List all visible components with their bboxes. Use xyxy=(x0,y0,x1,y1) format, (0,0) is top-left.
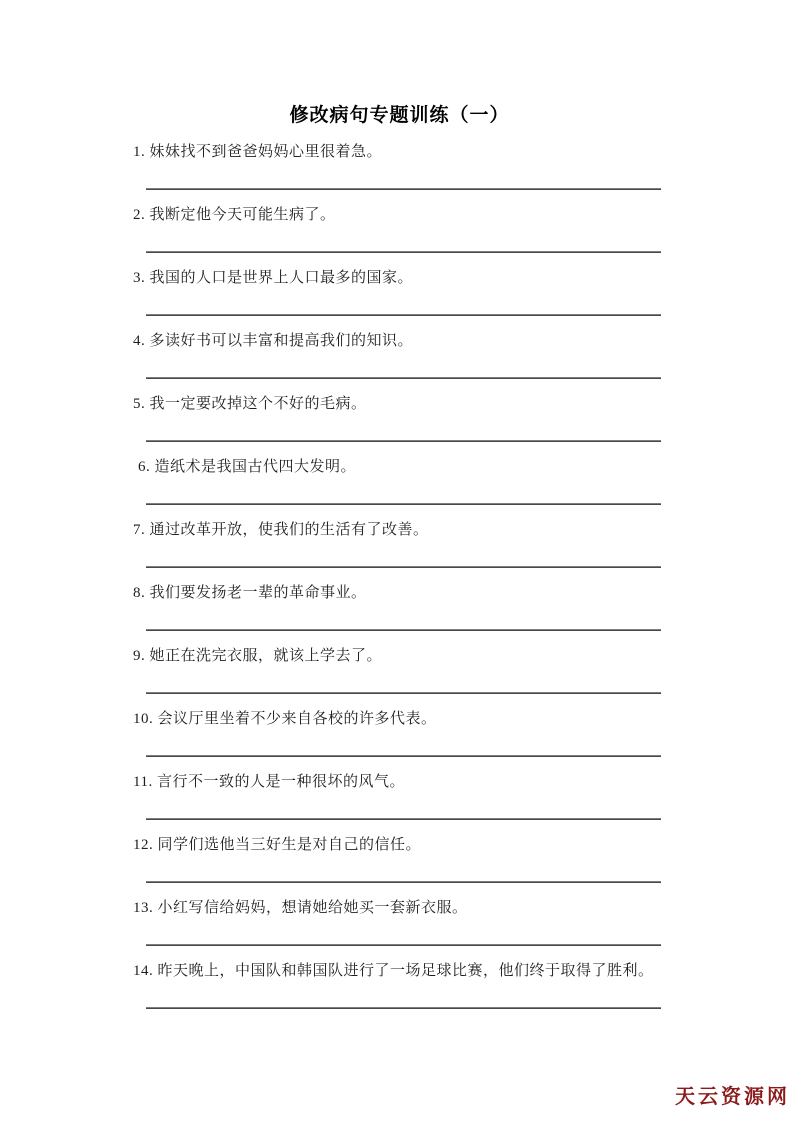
answer-line xyxy=(146,692,661,694)
sentence-text: 10. 会议厅里坐着不少来自各校的许多代表。 xyxy=(133,709,666,729)
sentence-text: 8. 我们要发扬老一辈的革命事业。 xyxy=(133,583,666,603)
exercise-item: 10. 会议厅里坐着不少来自各校的许多代表。 xyxy=(133,709,666,772)
answer-line xyxy=(146,377,661,379)
watermark: 天云资源网 xyxy=(675,1080,790,1109)
sentence-text: 7. 通过改革开放，使我们的生活有了改善。 xyxy=(133,520,666,540)
answer-line xyxy=(146,944,661,946)
exercise-item: 11. 言行不一致的人是一种很坏的风气。 xyxy=(133,772,666,835)
exercise-item: 12. 同学们选他当三好生是对自己的信任。 xyxy=(133,835,666,898)
sentence-text: 14. 昨天晚上，中国队和韩国队进行了一场足球比赛，他们终于取得了胜利。 xyxy=(133,961,666,981)
answer-line xyxy=(146,314,661,316)
exercise-item: 3. 我国的人口是世界上人口最多的国家。 xyxy=(133,268,666,331)
exercise-item: 2. 我断定他今天可能生病了。 xyxy=(133,205,666,268)
exercise-item: 4. 多读好书可以丰富和提高我们的知识。 xyxy=(133,331,666,394)
exercise-item: 6. 造纸术是我国古代四大发明。 xyxy=(133,457,666,520)
sentence-text: 2. 我断定他今天可能生病了。 xyxy=(133,205,666,225)
exercise-item: 13. 小红写信给妈妈，想请她给她买一套新衣服。 xyxy=(133,898,666,961)
exercise-item: 14. 昨天晚上，中国队和韩国队进行了一场足球比赛，他们终于取得了胜利。 xyxy=(133,961,666,1024)
answer-line xyxy=(146,818,661,820)
exercise-item: 8. 我们要发扬老一辈的革命事业。 xyxy=(133,583,666,646)
sentence-text: 12. 同学们选他当三好生是对自己的信任。 xyxy=(133,835,666,855)
answer-line xyxy=(146,251,661,253)
exercise-item: 5. 我一定要改掉这个不好的毛病。 xyxy=(133,394,666,457)
answer-line xyxy=(146,1007,661,1009)
answer-line xyxy=(146,188,661,190)
sentence-text: 11. 言行不一致的人是一种很坏的风气。 xyxy=(133,772,666,792)
exercise-item: 7. 通过改革开放，使我们的生活有了改善。 xyxy=(133,520,666,583)
sentence-text: 5. 我一定要改掉这个不好的毛病。 xyxy=(133,394,666,414)
worksheet-page: 修改病句专题训练（一） 1. 妹妹找不到爸爸妈妈心里很着急。 2. 我断定他今天… xyxy=(0,0,793,1122)
answer-line xyxy=(146,503,661,505)
answer-line xyxy=(146,755,661,757)
answer-line xyxy=(146,440,661,442)
answer-line xyxy=(146,629,661,631)
sentence-text: 4. 多读好书可以丰富和提高我们的知识。 xyxy=(133,331,666,351)
sentence-text: 13. 小红写信给妈妈，想请她给她买一套新衣服。 xyxy=(133,898,666,918)
answer-line xyxy=(146,881,661,883)
sentence-text: 9. 她正在洗完衣服，就该上学去了。 xyxy=(133,646,666,666)
exercise-item: 1. 妹妹找不到爸爸妈妈心里很着急。 xyxy=(133,142,666,205)
worksheet-content: 修改病句专题训练（一） 1. 妹妹找不到爸爸妈妈心里很着急。 2. 我断定他今天… xyxy=(0,0,793,1024)
exercise-item: 9. 她正在洗完衣服，就该上学去了。 xyxy=(133,646,666,709)
sentence-text: 1. 妹妹找不到爸爸妈妈心里很着急。 xyxy=(133,142,666,162)
sentence-text: 3. 我国的人口是世界上人口最多的国家。 xyxy=(133,268,666,288)
page-title: 修改病句专题训练（一） xyxy=(133,104,666,126)
answer-line xyxy=(146,566,661,568)
exercise-list: 1. 妹妹找不到爸爸妈妈心里很着急。 2. 我断定他今天可能生病了。 3. 我国… xyxy=(133,142,666,1024)
sentence-text: 6. 造纸术是我国古代四大发明。 xyxy=(133,457,666,477)
